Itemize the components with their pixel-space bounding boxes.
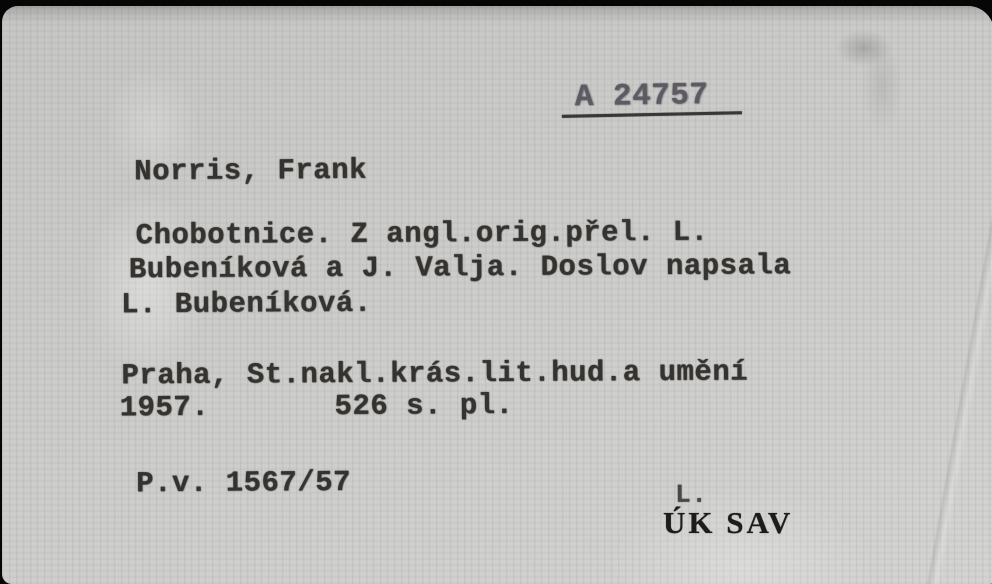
title-statement-line-3: L. Bubeníková. [121, 289, 372, 320]
title-statement-line-1: Chobotnice. Z angl.orig.přel. L. [136, 218, 709, 250]
typed-content-layer: A 24757 Norris, Frank Chobotnice. Z angl… [0, 3, 992, 584]
catalog-card: A 24757 Norris, Frank Chobotnice. Z angl… [2, 6, 992, 584]
title-statement-line-2: Bubeníková a J. Valja. Doslov napsala [129, 251, 792, 284]
librarian-initial: L. [675, 482, 707, 508]
imprint-line-2: 1957. 526 s. pl. [120, 391, 514, 422]
scanned-catalog-card-image: A 24757 Norris, Frank Chobotnice. Z angl… [0, 0, 992, 584]
imprint-line-1: Praha, St.nakl.krás.lit.hud.a umění [121, 357, 748, 390]
author-heading: Norris, Frank [134, 156, 367, 186]
record-number: P.v. 1567/57 [136, 468, 351, 498]
library-stamp: ÚK SAV [663, 507, 793, 538]
accession-number: A 24757 [575, 80, 709, 113]
